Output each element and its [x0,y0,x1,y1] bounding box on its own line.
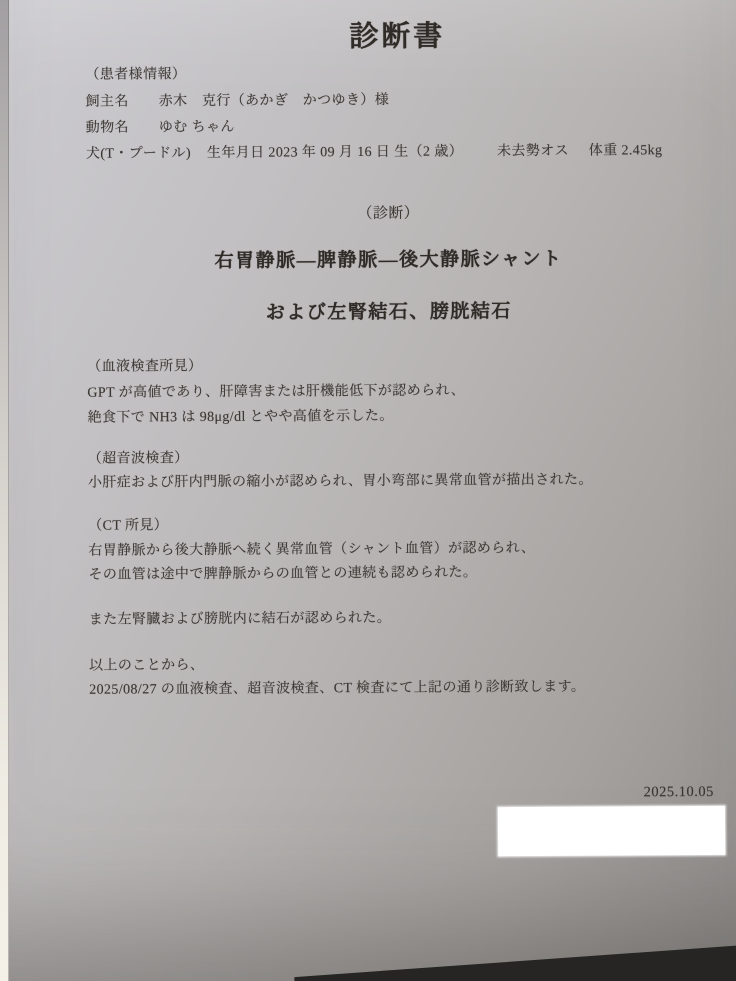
issue-date: 2025.10.05 [644,784,714,801]
document-content: 診断書 （患者様情報） 飼主名 赤木 克行（あかぎ かつゆき）様 動物名 ゆむ … [0,0,736,981]
ultrasound-line-1: 小肝症および肝内門脈の縮小が認められ、胃小弯部に異常血管が描出された。 [88,472,593,492]
patient-info-section-label: （患者様情報） [85,66,186,84]
owner-row: 飼主名 赤木 克行（あかぎ かつゆき）様 [86,92,390,111]
species-breed: 犬(T・プードル) [86,146,191,162]
birth-date: 生年月日 2023 年 09 月 16 日 生（2 歳） [207,144,463,161]
ultrasound-section-label: （超音波検査） [88,450,189,468]
neuter-status: 未去勢オス [497,144,569,159]
redaction-box [498,806,725,856]
blood-findings-section-label: （血液検査所見） [87,358,202,376]
diagnosis-line-1: 右胃静脈―脾静脈―後大静脈シャント [87,250,691,271]
conclusion-line-1: 以上のことから、 [89,657,204,675]
ct-findings-section-label: （CT 所見） [88,517,168,534]
document-title: 診断書 [85,12,709,57]
animal-row: 動物名 ゆむ ちゃん [86,119,235,137]
conclusion-line-2: 2025/08/27 の血液検査、超音波検査、CT 検査にて上記の通り診断致しま… [89,679,585,699]
diagnosis-section-label: （診断） [86,204,690,225]
ct-findings-line-2: その血管は途中で脾静脈からの血管との連続も認められた。 [88,564,477,583]
blood-findings-line-2: 絶食下で NH3 は 98μg/dl とやや高値を示した。 [88,408,394,427]
species-row: 犬(T・プードル) 生年月日 2023 年 09 月 16 日 生（2 歳） 未… [86,142,663,163]
animal-label: 動物名 [86,120,129,135]
body-weight: 体重 2.45kg [589,143,663,158]
owner-label: 飼主名 [86,94,129,109]
owner-name: 赤木 克行（あかぎ かつゆき）様 [159,93,389,109]
diagnosis-line-2: および左腎結石、膀胱結石 [87,302,691,323]
blood-findings-line-1: GPT が高値であり、肝障害または肝機能低下が認められ、 [87,382,465,401]
ct-findings-line-3: また左腎臓および膀胱内に結石が認められた。 [89,610,392,629]
animal-name: ゆむ ちゃん [159,120,235,135]
ct-findings-line-1: 右胃静脈から後大静脈へ続く異常血管（シャント血管）が認められ、 [88,540,535,560]
photo-of-document: 診断書 （患者様情報） 飼主名 赤木 克行（あかぎ かつゆき）様 動物名 ゆむ … [0,0,736,981]
